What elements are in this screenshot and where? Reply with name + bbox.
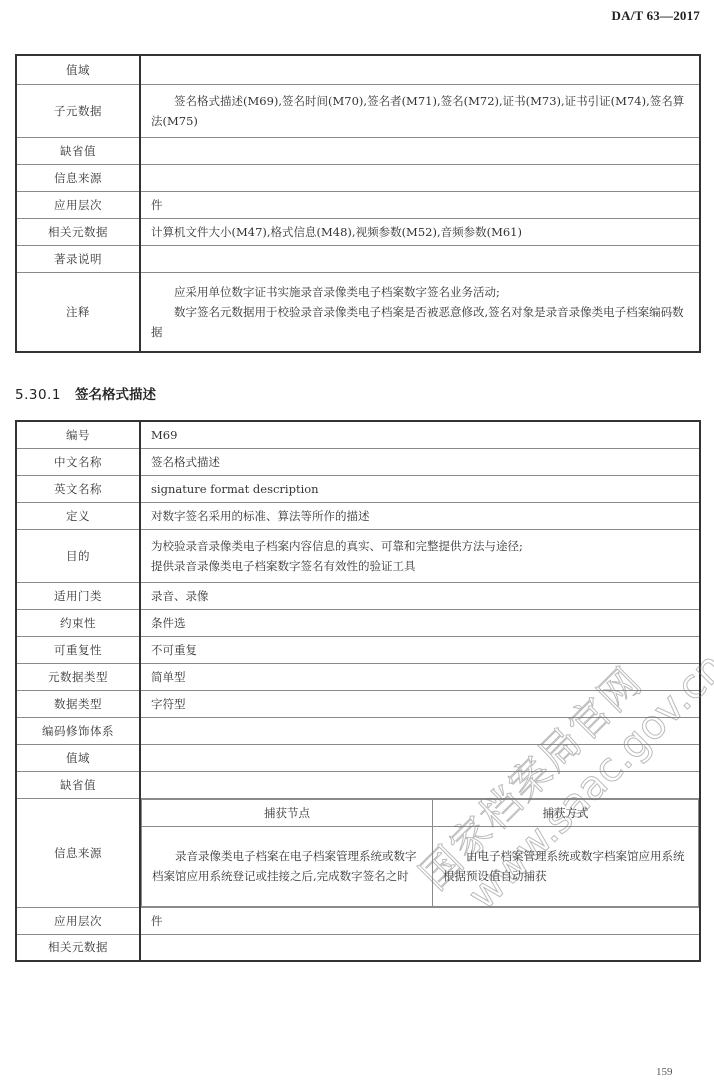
row-label: 编码修饰体系 — [16, 717, 140, 744]
row-value: 对数字签名采用的标准、算法等所作的描述 — [140, 502, 700, 529]
row-label: 中文名称 — [16, 448, 140, 475]
row-value: 签名格式描述 — [140, 448, 700, 475]
metadata-table-continued: 值域 子元数据 签名格式描述(M69),签名时间(M70),签名者(M71),签… — [15, 54, 701, 353]
subtable-header-capture-node: 捕获节点 — [142, 799, 433, 826]
row-label: 著录说明 — [16, 245, 140, 272]
table-row: 定义 对数字签名采用的标准、算法等所作的描述 — [16, 502, 700, 529]
row-label: 相关元数据 — [16, 934, 140, 961]
purpose-line: 为校验录音录像类电子档案内容信息的真实、可靠和完整提供方法与途径; — [151, 536, 689, 556]
row-value: signature format description — [140, 475, 700, 502]
row-label: 子元数据 — [16, 84, 140, 137]
row-label: 可重复性 — [16, 636, 140, 663]
info-source-subtable: 捕获节点 捕获方式 录音录像类电子档案在电子档案管理系统或数字档案馆应用系统登记… — [141, 799, 699, 907]
capture-node-value: 录音录像类电子档案在电子档案管理系统或数字档案馆应用系统登记或挂接之后,完成数字… — [152, 846, 422, 886]
row-value — [140, 934, 700, 961]
table-row: 编号 M69 — [16, 421, 700, 448]
row-value: 字符型 — [140, 690, 700, 717]
row-value: 条件选 — [140, 609, 700, 636]
table-row: 值域 — [16, 744, 700, 771]
table-row: 约束性 条件选 — [16, 609, 700, 636]
table-row: 元数据类型 简单型 — [16, 663, 700, 690]
row-label: 约束性 — [16, 609, 140, 636]
row-label: 缺省值 — [16, 137, 140, 164]
row-value — [140, 55, 700, 84]
table-row: 目的 为校验录音录像类电子档案内容信息的真实、可靠和完整提供方法与途径; 提供录… — [16, 529, 700, 582]
section-number: 5.30.1 — [15, 387, 61, 403]
row-value — [140, 245, 700, 272]
row-value — [140, 744, 700, 771]
row-label: 值域 — [16, 744, 140, 771]
table-row: 相关元数据 计算机文件大小(M47),格式信息(M48),视频参数(M52),音… — [16, 218, 700, 245]
subtable-header-capture-method: 捕获方式 — [433, 799, 699, 826]
row-value — [140, 137, 700, 164]
row-value — [140, 771, 700, 798]
table-row: 可重复性 不可重复 — [16, 636, 700, 663]
row-label: 英文名称 — [16, 475, 140, 502]
page-number: 159 — [656, 1066, 673, 1078]
subtable-body-row: 录音录像类电子档案在电子档案管理系统或数字档案馆应用系统登记或挂接之后,完成数字… — [142, 826, 699, 906]
row-label: 元数据类型 — [16, 663, 140, 690]
note-line: 数字签名元数据用于校验录音录像类电子档案是否被恶意修改,签名对象是录音录像类电子… — [151, 302, 689, 342]
row-value — [140, 717, 700, 744]
row-value: M69 — [140, 421, 700, 448]
row-label: 定义 — [16, 502, 140, 529]
subtable-header-row: 捕获节点 捕获方式 — [142, 799, 699, 826]
row-value: 件 — [140, 907, 700, 934]
table-row: 适用门类 录音、录像 — [16, 582, 700, 609]
table-row: 英文名称 signature format description — [16, 475, 700, 502]
table-row: 值域 — [16, 55, 700, 84]
row-value — [140, 164, 700, 191]
row-value: 件 — [140, 191, 700, 218]
metadata-table-m69: 编号 M69 中文名称 签名格式描述 英文名称 signature format… — [15, 420, 701, 962]
row-label: 目的 — [16, 529, 140, 582]
row-value: 不可重复 — [140, 636, 700, 663]
table-row: 应用层次 件 — [16, 191, 700, 218]
row-value: 录音、录像 — [140, 582, 700, 609]
table-row: 数据类型 字符型 — [16, 690, 700, 717]
table-row: 信息来源 — [16, 164, 700, 191]
row-label: 相关元数据 — [16, 218, 140, 245]
note-line: 应采用单位数字证书实施录音录像类电子档案数字签名业务活动; — [151, 282, 689, 302]
table-row: 中文名称 签名格式描述 — [16, 448, 700, 475]
row-label: 值域 — [16, 55, 140, 84]
capture-method-value: 由电子档案管理系统或数字档案馆应用系统根据预设值自动捕获 — [443, 846, 688, 886]
table-row: 相关元数据 — [16, 934, 700, 961]
row-value: 计算机文件大小(M47),格式信息(M48),视频参数(M52),音频参数(M6… — [140, 218, 700, 245]
table-row: 著录说明 — [16, 245, 700, 272]
purpose-line: 提供录音录像类电子档案数字签名有效性的验证工具 — [151, 556, 689, 576]
row-label: 适用门类 — [16, 582, 140, 609]
table-row: 子元数据 签名格式描述(M69),签名时间(M70),签名者(M71),签名(M… — [16, 84, 700, 137]
table-row: 应用层次 件 — [16, 907, 700, 934]
table-row: 缺省值 — [16, 771, 700, 798]
section-title: 签名格式描述 — [75, 387, 156, 403]
standard-code: DA/T 63—2017 — [612, 8, 700, 24]
row-label: 数据类型 — [16, 690, 140, 717]
row-label: 信息来源 — [16, 164, 140, 191]
row-label: 注释 — [16, 272, 140, 352]
row-label: 应用层次 — [16, 907, 140, 934]
row-label: 信息来源 — [16, 798, 140, 907]
row-label: 缺省值 — [16, 771, 140, 798]
table-row: 注释 应采用单位数字证书实施录音录像类电子档案数字签名业务活动; 数字签名元数据… — [16, 272, 700, 352]
table-row: 信息来源 捕获节点 捕获方式 录音录像类电子档案在电子档案管理系统或数字档案馆应… — [16, 798, 700, 907]
row-value: 签名格式描述(M69),签名时间(M70),签名者(M71),签名(M72),证… — [151, 91, 689, 131]
table-row: 缺省值 — [16, 137, 700, 164]
row-label: 编号 — [16, 421, 140, 448]
table-row: 编码修饰体系 — [16, 717, 700, 744]
row-label: 应用层次 — [16, 191, 140, 218]
section-heading: 5.30.1签名格式描述 — [15, 383, 156, 403]
row-value: 简单型 — [140, 663, 700, 690]
